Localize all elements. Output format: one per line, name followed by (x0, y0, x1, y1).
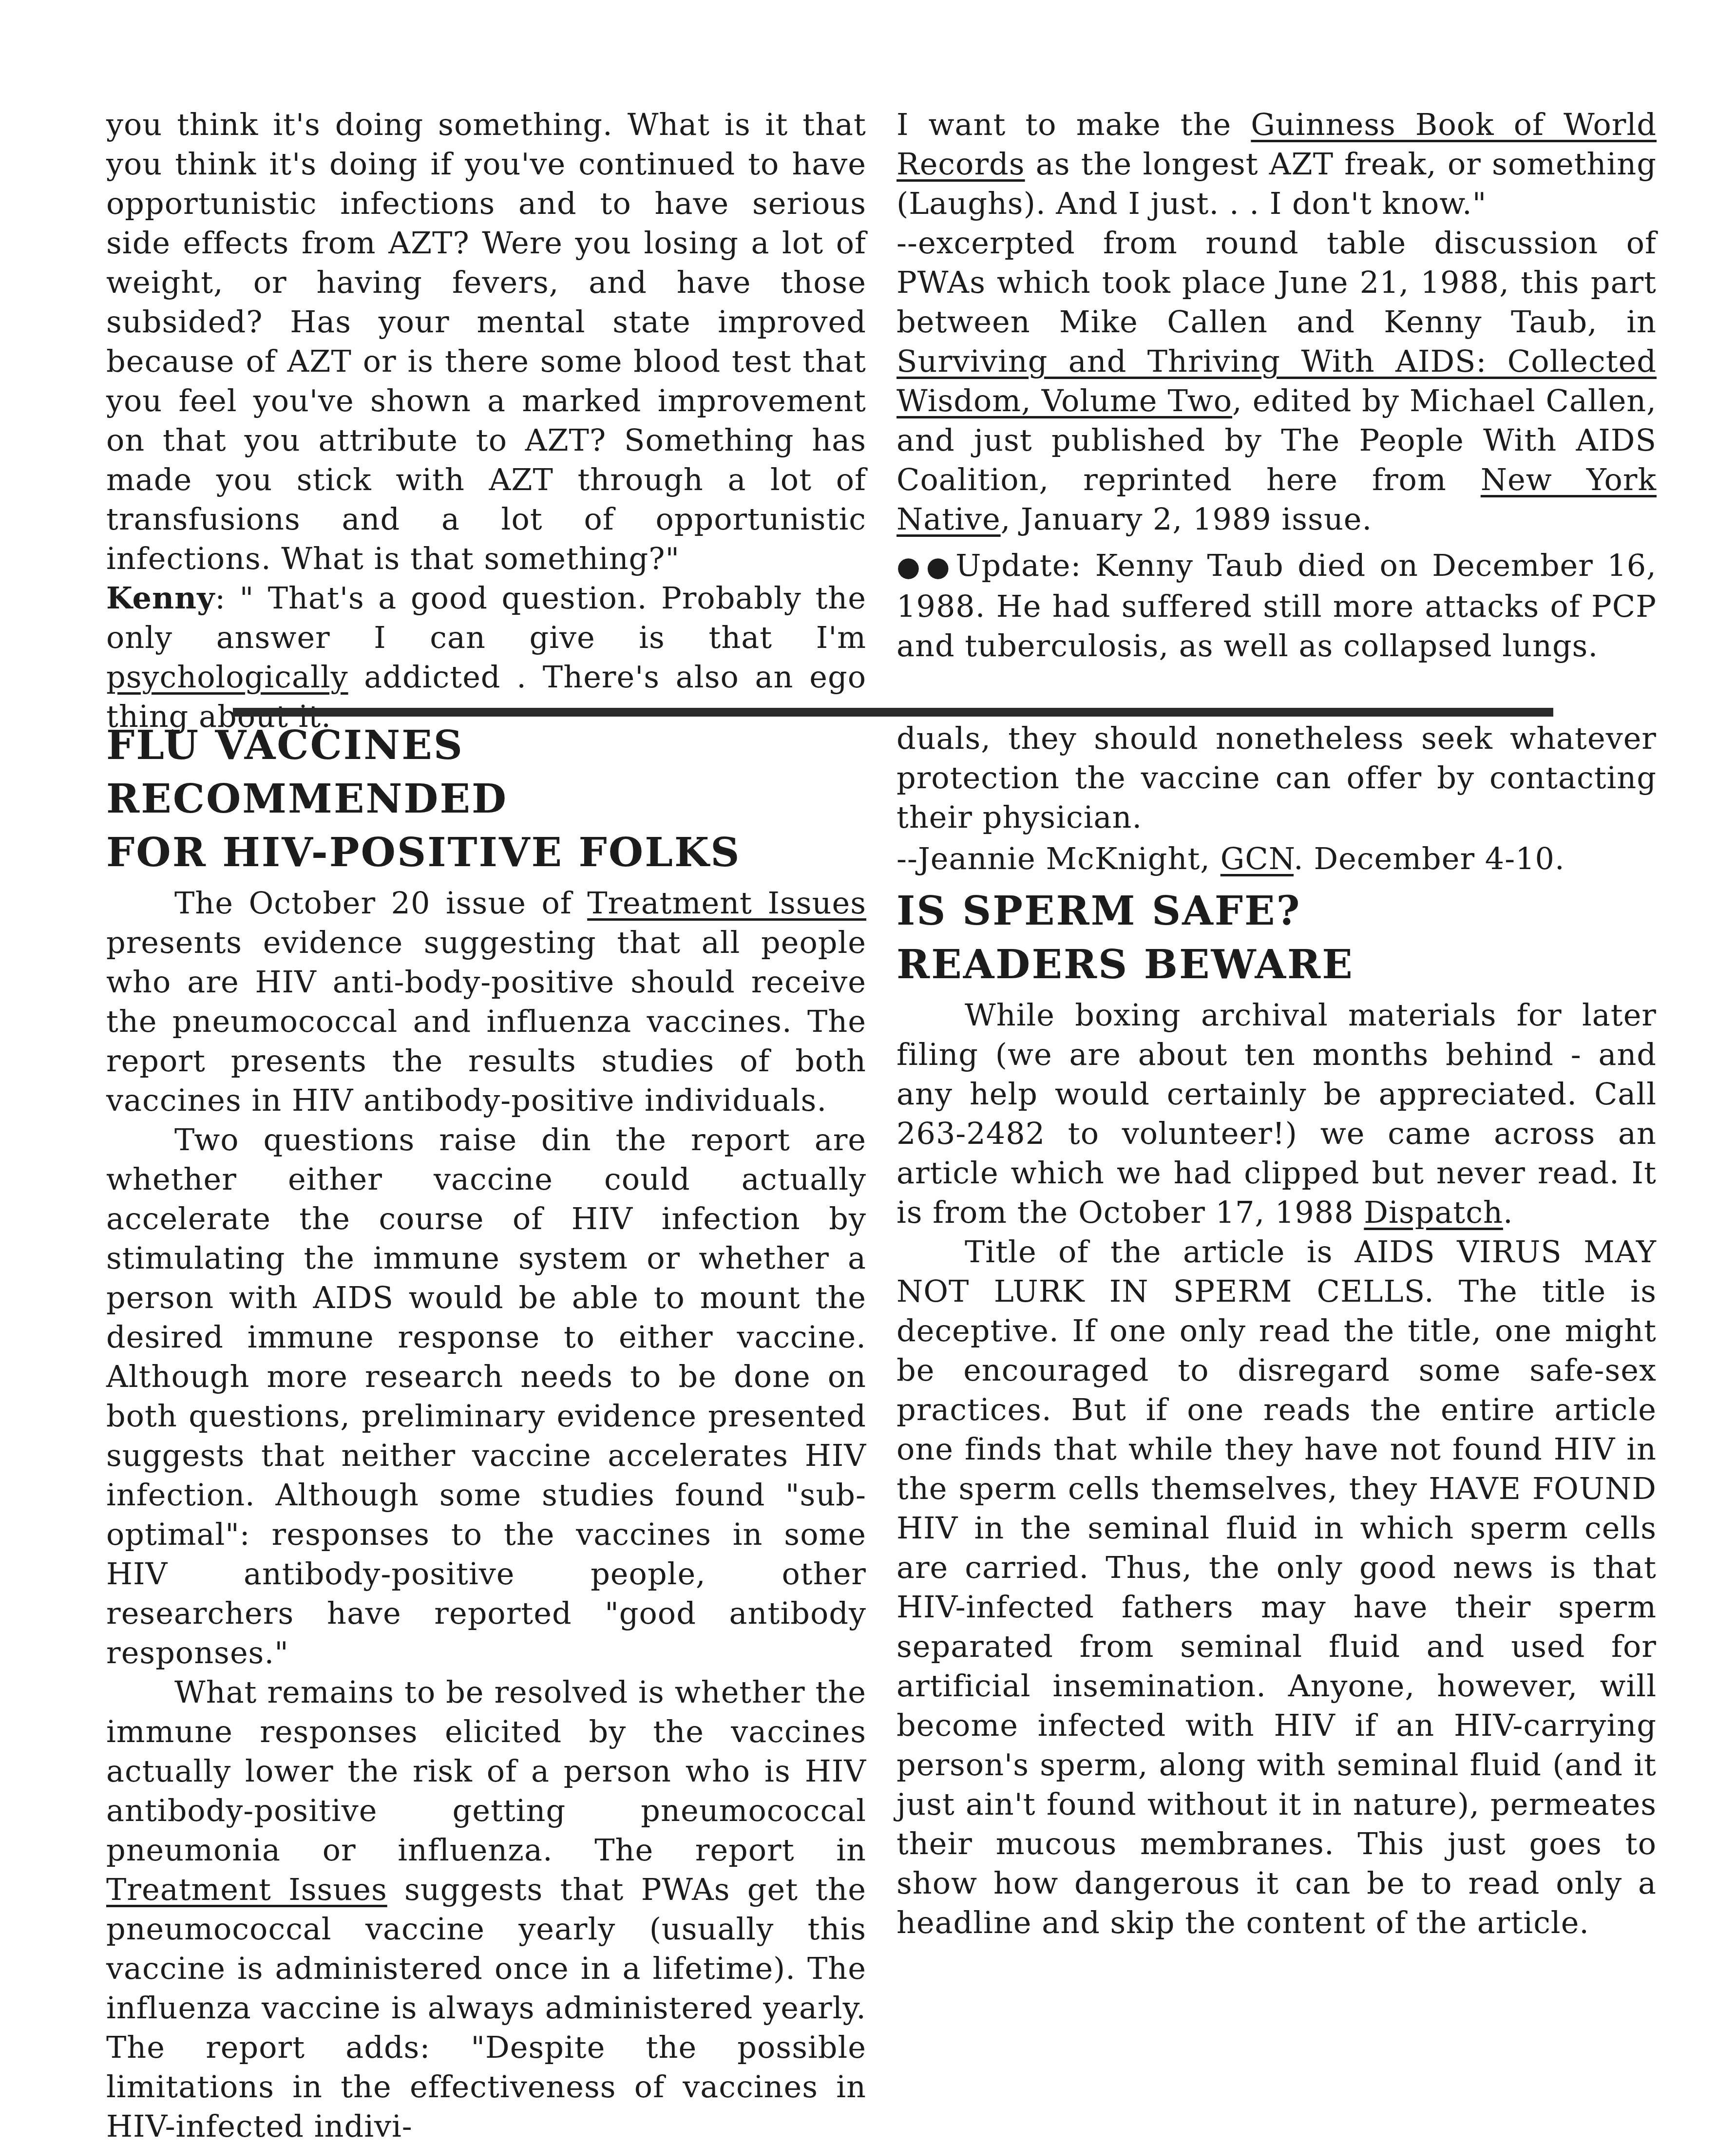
flu-paragraph-2: Two questions raise din the report are w… (106, 1120, 866, 1672)
flu-headline-line2: FOR HIV-POSITIVE FOLKS (106, 826, 866, 879)
source-prefix: --excerpted from round table discussion … (897, 225, 1657, 340)
dispatch-publication: Dispatch (1364, 1195, 1503, 1230)
source-citation: --excerpted from round table discussion … (897, 223, 1657, 539)
flu-headline-line1: FLU VACCINES RECOMMENDED (106, 719, 866, 826)
credit-suffix: . December 4-10. (1294, 841, 1565, 876)
gcn-publication: GCN (1221, 841, 1294, 876)
sperm-headline-line1: IS SPERM SAFE? (897, 884, 1657, 938)
sperm-headline: IS SPERM SAFE? READERS BEWARE (897, 884, 1657, 991)
section-divider (233, 708, 1553, 717)
speaker-name: Kenny (106, 580, 215, 616)
source-suffix: , January 2, 1989 issue. (1001, 501, 1373, 537)
answer-continued-prefix: I want to make the (897, 107, 1251, 142)
question-text: you think it's doing something. What is … (106, 107, 866, 576)
interview-right-column: I want to make the Guinness Book of Worl… (897, 105, 1657, 665)
treatment-issues-title-2: Treatment Issues (106, 1872, 387, 1907)
flu-credit: --Jeannie McKnight, GCN. December 4-10. (897, 839, 1657, 878)
right-bottom-column: duals, they should nonetheless seek what… (897, 719, 1657, 1942)
sperm-p1-suffix: . (1503, 1195, 1513, 1230)
credit-prefix: --Jeannie McKnight, (897, 841, 1221, 876)
interview-question: you think it's doing something. What is … (106, 105, 866, 578)
flu-headline: FLU VACCINES RECOMMENDED FOR HIV-POSITIV… (106, 719, 866, 879)
update-note: ●●Update: Kenny Taub died on December 16… (897, 546, 1657, 665)
bullet-icon: ●● (897, 551, 955, 583)
flu-continued: duals, they should nonetheless seek what… (897, 719, 1657, 837)
sperm-paragraph-2: Title of the article is AIDS VIRUS MAY N… (897, 1232, 1657, 1942)
treatment-issues-title: Treatment Issues (587, 885, 866, 921)
flu-p3-prefix: What remains to be resolved is whether t… (106, 1674, 866, 1868)
flu-p3-suffix: suggests that PWAs get the pneumococcal … (106, 1872, 866, 2143)
flu-p1-suffix: presents evidence suggesting that all pe… (106, 925, 866, 1118)
interview-left-column: you think it's doing something. What is … (106, 105, 866, 736)
flu-p1-prefix: The October 20 issue of (174, 885, 587, 921)
sperm-p1-prefix: While boxing archival materials for late… (897, 997, 1657, 1230)
flu-article: FLU VACCINES RECOMMENDED FOR HIV-POSITIV… (106, 719, 866, 2143)
update-text: Update: Kenny Taub died on December 16, … (897, 548, 1657, 664)
flu-paragraph-3: What remains to be resolved is whether t… (106, 1672, 866, 2143)
interview-answer-continued: I want to make the Guinness Book of Worl… (897, 105, 1657, 223)
sperm-paragraph-1: While boxing archival materials for late… (897, 995, 1657, 1232)
answer-underlined: psychologically (106, 659, 348, 695)
sperm-headline-line2: READERS BEWARE (897, 938, 1657, 991)
answer-prefix: : " That's a good question. Probably the… (106, 580, 866, 655)
flu-paragraph-1: The October 20 issue of Treatment Issues… (106, 883, 866, 1120)
